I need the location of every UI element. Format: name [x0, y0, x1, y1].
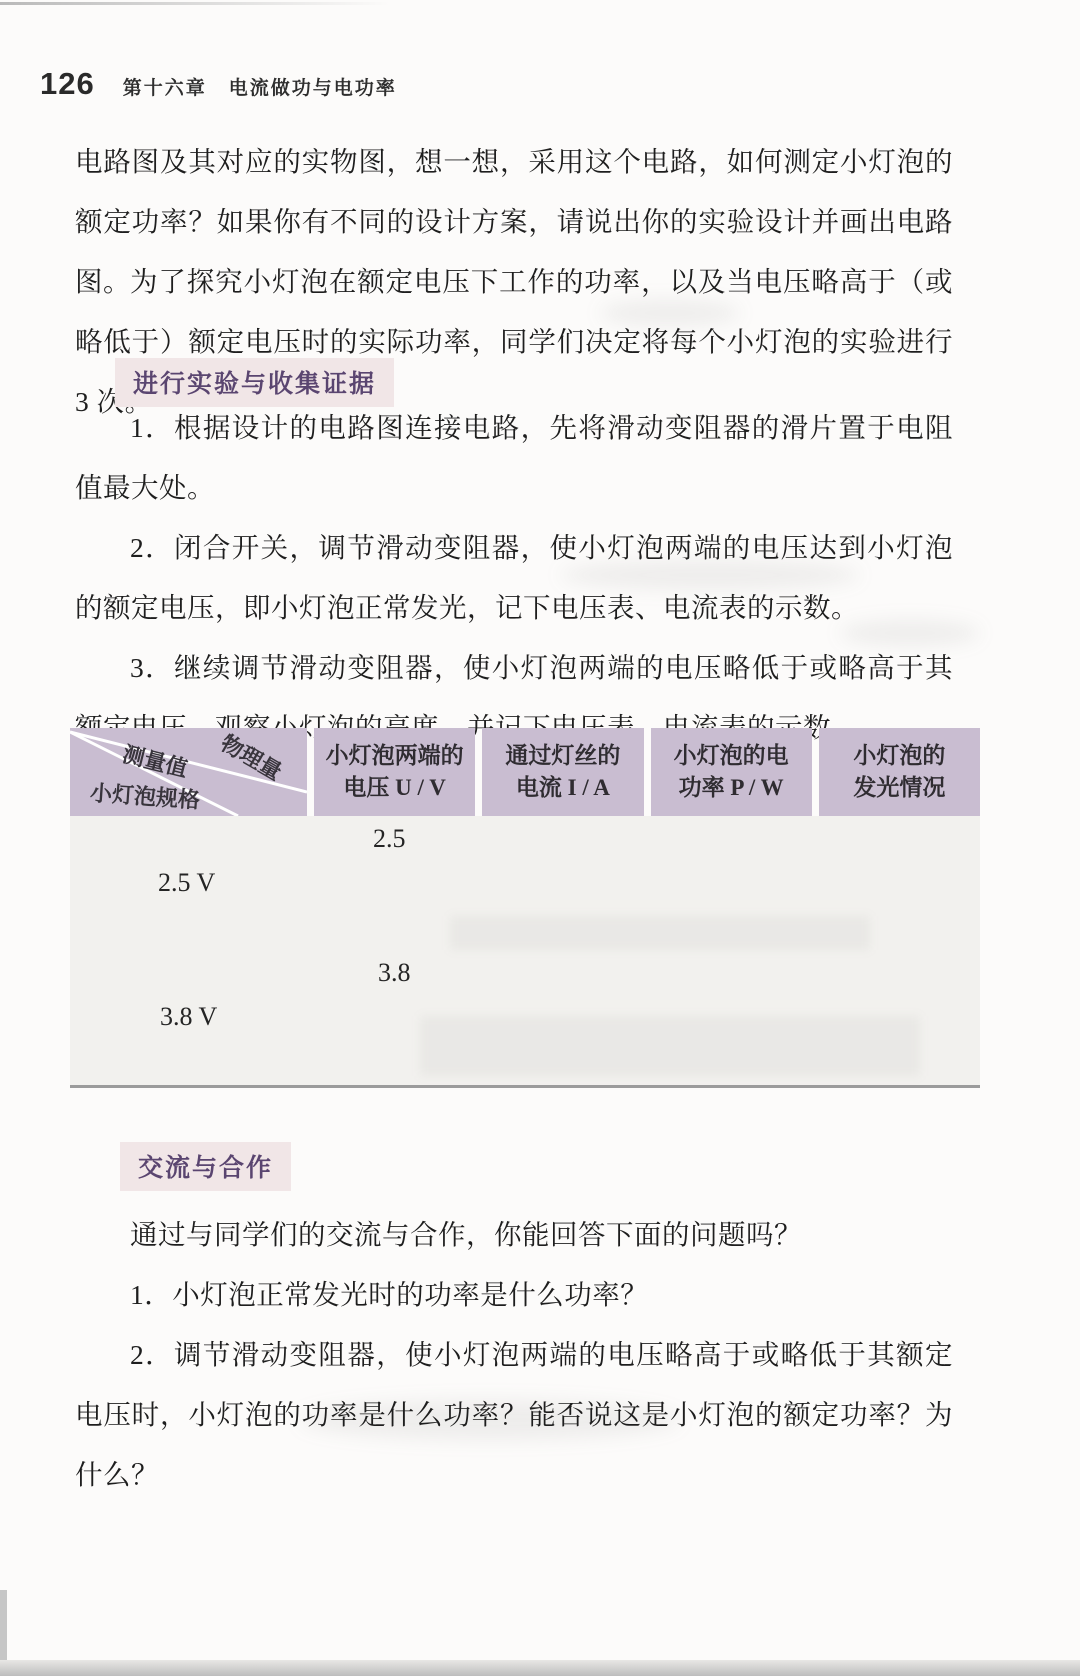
cell-voltage-2-5: 2.5	[373, 824, 406, 854]
page-number: 126	[40, 66, 95, 102]
chapter-title: 电流做功与电功率	[229, 73, 397, 100]
column-brightness-line2: 发光情况	[819, 772, 980, 804]
column-voltage-line1: 小灯泡两端的	[314, 740, 475, 772]
column-brightness-line1: 小灯泡的	[819, 740, 980, 772]
discussion-question-1: 1．小灯泡正常发光时的功率是什么功率？	[75, 1265, 953, 1325]
table-header-row: 物理量 测量值 小灯泡规格 小灯泡两端的 电压 U / V 通过灯丝的 电流 I…	[70, 728, 980, 816]
table-column-voltage: 小灯泡两端的 电压 U / V	[314, 728, 475, 816]
column-power-line1: 小灯泡的电	[651, 740, 812, 772]
discussion-intro: 通过与同学们的交流与合作，你能回答下面的问题吗？	[75, 1205, 953, 1265]
measurement-table: 物理量 测量值 小灯泡规格 小灯泡两端的 电压 U / V 通过灯丝的 电流 I…	[70, 728, 980, 1088]
table-column-current: 通过灯丝的 电流 I / A	[482, 728, 643, 816]
table-column-brightness: 小灯泡的 发光情况	[819, 728, 980, 816]
scan-edge-bottom	[0, 1660, 1080, 1676]
chapter-label: 第十六章	[123, 73, 207, 100]
corner-label-bulb-spec: 小灯泡规格	[89, 777, 201, 816]
column-power-line2: 功率 P / W	[651, 772, 812, 804]
column-voltage-line2: 电压 U / V	[314, 772, 475, 804]
column-current-line2: 电流 I / A	[482, 772, 643, 804]
experiment-step-2: 2．闭合开关，调节滑动变阻器，使小灯泡两端的电压达到小灯泡的额定电压，即小灯泡正…	[75, 518, 953, 638]
page-header: 126 第十六章 电流做功与电功率	[40, 66, 397, 102]
cell-spec-3-8v: 3.8 V	[160, 1002, 217, 1032]
discussion-question-2: 2．调节滑动变阻器，使小灯泡两端的电压略高于或略低于其额定电压时，小灯泡的功率是…	[75, 1325, 953, 1505]
scan-smudge	[420, 1016, 920, 1076]
column-current-line1: 通过灯丝的	[482, 740, 643, 772]
textbook-page: 126 第十六章 电流做功与电功率 电路图及其对应的实物图，想一想，采用这个电路…	[0, 0, 1080, 1676]
experiment-step-1: 1．根据设计的电路图连接电路，先将滑动变阻器的滑片置于电阻值最大处。	[75, 398, 953, 518]
section-title-discussion: 交流与合作	[120, 1142, 291, 1191]
scan-smudge	[450, 916, 870, 950]
table-body: 2.5 2.5 V 3.8 3.8 V	[70, 816, 980, 1088]
cell-voltage-3-8: 3.8	[378, 958, 411, 988]
table-column-power: 小灯泡的电 功率 P / W	[651, 728, 812, 816]
cell-spec-2-5v: 2.5 V	[158, 868, 215, 898]
table-corner-cell: 物理量 测量值 小灯泡规格	[70, 728, 307, 816]
scan-edge-top	[0, 2, 390, 5]
